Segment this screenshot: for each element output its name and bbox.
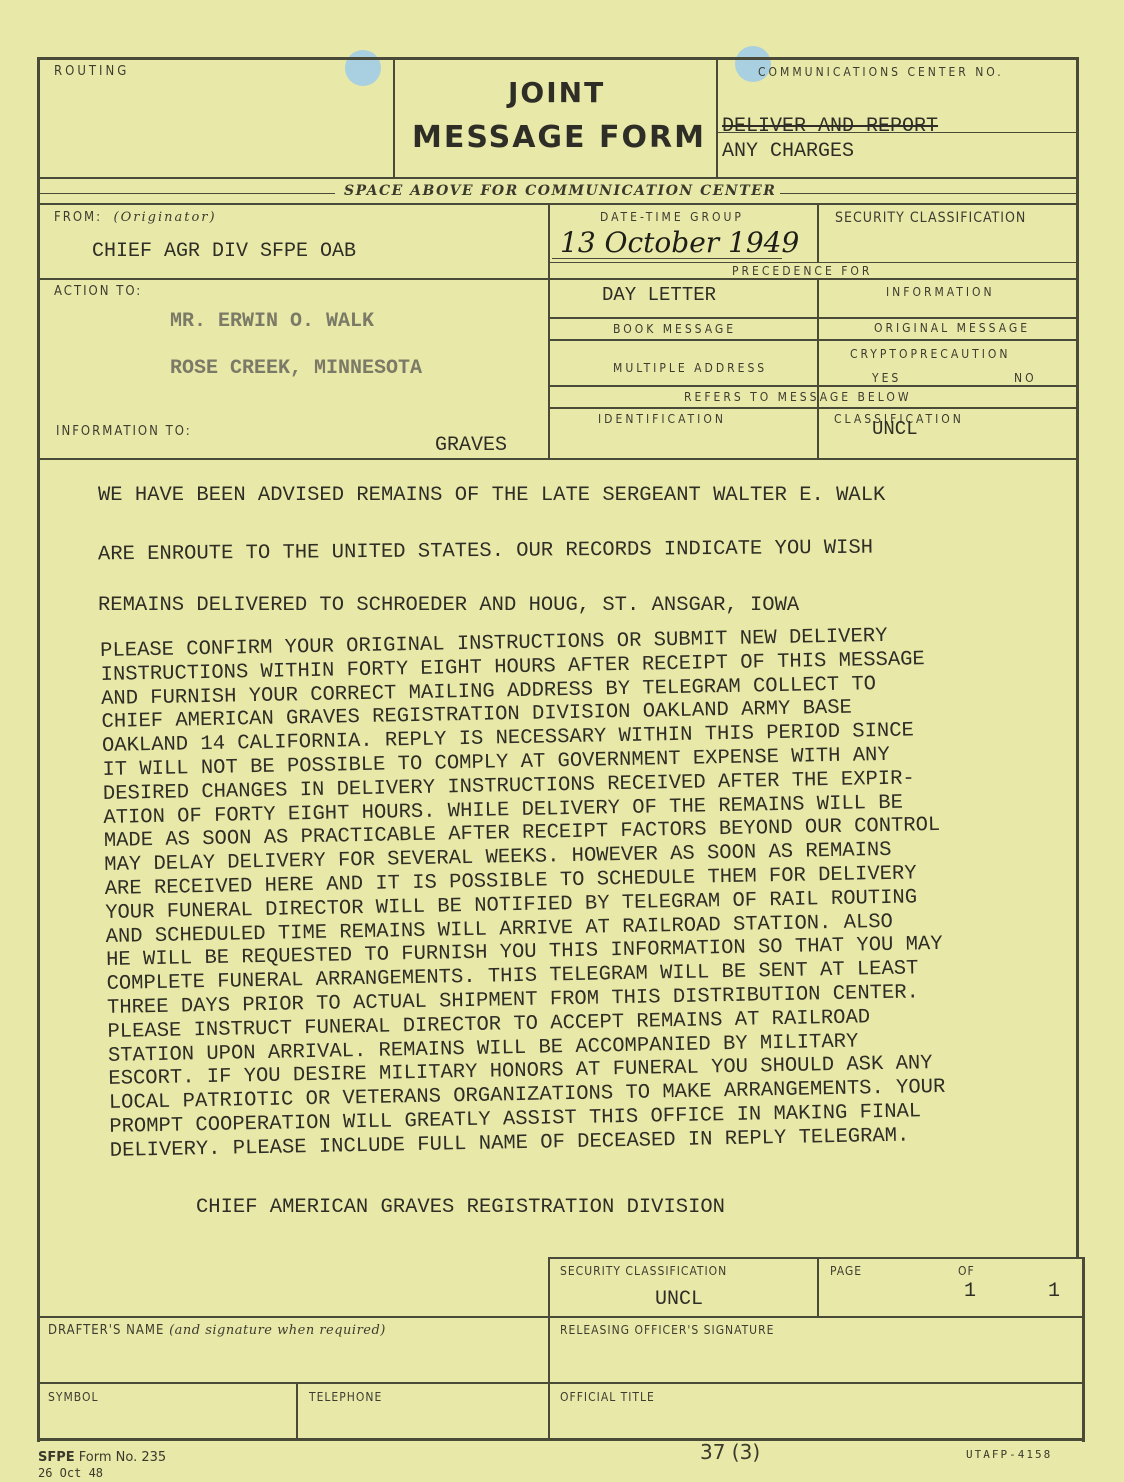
divider — [817, 407, 819, 459]
classification-value: UNCL — [872, 418, 918, 440]
of-label: OF — [958, 1264, 975, 1278]
punch-hole-left — [345, 50, 381, 86]
information-to-value: GRAVES — [435, 434, 507, 457]
security-classification-label: SECURITY CLASSIFICATION — [835, 210, 1026, 226]
footer-security-classification-value: UNCL — [655, 1288, 703, 1311]
comm-center-label: COMMUNICATIONS CENTER NO. — [758, 65, 1004, 79]
divider — [548, 203, 550, 458]
form-number: SFPE Form No. 235 — [38, 1450, 166, 1465]
divider — [37, 1316, 1085, 1318]
telephone-label: TELEPHONE — [309, 1390, 382, 1404]
divider — [296, 1382, 298, 1440]
divider — [548, 1257, 550, 1440]
symbol-label: SYMBOL — [48, 1390, 98, 1404]
page-value: 1 — [964, 1280, 976, 1303]
book-message-label: BOOK MESSAGE — [613, 322, 736, 336]
archive-id: UTAFP-4158 — [966, 1448, 1052, 1461]
frame-top — [37, 57, 1079, 60]
divider — [817, 279, 819, 407]
divider — [548, 385, 1078, 387]
divider — [37, 177, 1079, 179]
multiple-address-label: MULTIPLE ADDRESS — [613, 361, 767, 375]
drafter-name-label: DRAFTER'S NAME (and signature when requi… — [48, 1323, 386, 1338]
of-value: 1 — [1048, 1280, 1060, 1303]
frame-bottom — [37, 1438, 1085, 1441]
frame-left — [37, 57, 40, 1442]
comm-center-value-line1: DELIVER AND REPORT — [722, 115, 938, 138]
divider — [40, 193, 335, 194]
comm-center-value-line2: ANY CHARGES — [722, 140, 854, 163]
action-to-line2: ROSE CREEK, MINNESOTA — [170, 357, 422, 380]
form-title-message-form: MESSAGE FORM — [412, 120, 706, 155]
information-to-label: INFORMATION TO: — [56, 424, 192, 439]
from-label: FROM: (Originator) — [54, 210, 217, 225]
precedence-label: PRECEDENCE FOR — [732, 264, 872, 278]
original-message-label: ORIGINAL MESSAGE — [874, 321, 1030, 335]
from-value: CHIEF AGR DIV SFPE OAB — [92, 240, 356, 263]
official-title-label: OFFICIAL TITLE — [560, 1390, 655, 1404]
page-label: PAGE — [830, 1264, 862, 1278]
crypto-yes-option[interactable]: YES — [872, 371, 901, 385]
divider — [817, 203, 819, 263]
routing-label: ROUTING — [54, 64, 129, 79]
crypto-no-option[interactable]: NO — [1014, 371, 1037, 385]
message-signature: CHIEF AMERICAN GRAVES REGISTRATION DIVIS… — [196, 1196, 725, 1219]
precedence-information-label: INFORMATION — [886, 285, 995, 299]
action-to-label: ACTION TO: — [54, 284, 142, 299]
divider — [817, 1257, 819, 1317]
frame-right-lower — [1082, 1257, 1085, 1442]
form-date: 26 Oct 48 — [38, 1466, 103, 1480]
cryptoprecaution-label: CRYPTOPRECAUTION — [850, 347, 1010, 361]
page-stamp: 37 (3) — [700, 1440, 760, 1464]
divider — [37, 278, 1079, 280]
message-body: PLEASE CONFIRM YOUR ORIGINAL INSTRUCTION… — [100, 621, 1100, 1163]
message-intro-line-2: ARE ENROUTE TO THE UNITED STATES. OUR RE… — [98, 537, 873, 567]
divider — [548, 262, 1078, 263]
divider — [716, 57, 718, 177]
underline — [552, 258, 782, 259]
action-to-line1: MR. ERWIN O. WALK — [170, 310, 374, 333]
date-time-group-label: DATE-TIME GROUP — [600, 210, 744, 224]
divider — [393, 57, 395, 177]
message-intro-line-1: WE HAVE BEEN ADVISED REMAINS OF THE LATE… — [98, 484, 885, 507]
date-time-group-value: 13 October 1949 — [560, 226, 799, 259]
divider — [548, 407, 1078, 409]
divider — [37, 1382, 1085, 1384]
divider — [772, 193, 1077, 194]
divider — [548, 339, 1078, 341]
divider — [40, 458, 1078, 460]
divider — [37, 203, 1079, 205]
identification-label: IDENTIFICATION — [598, 412, 726, 426]
releasing-officer-label: RELEASING OFFICER'S SIGNATURE — [560, 1323, 774, 1337]
precedence-action-value: DAY LETTER — [602, 284, 716, 306]
divider — [548, 317, 1078, 319]
message-intro-line-3: REMAINS DELIVERED TO SCHROEDER AND HOUG,… — [98, 594, 799, 617]
form-title-joint: JOINT — [508, 76, 605, 109]
refers-to-label: REFERS TO MESSAGE BELOW — [684, 390, 912, 404]
footer-security-classification-label: SECURITY CLASSIFICATION — [560, 1264, 727, 1278]
space-above-notice: SPACE ABOVE FOR COMMUNICATION CENTER — [340, 183, 780, 199]
